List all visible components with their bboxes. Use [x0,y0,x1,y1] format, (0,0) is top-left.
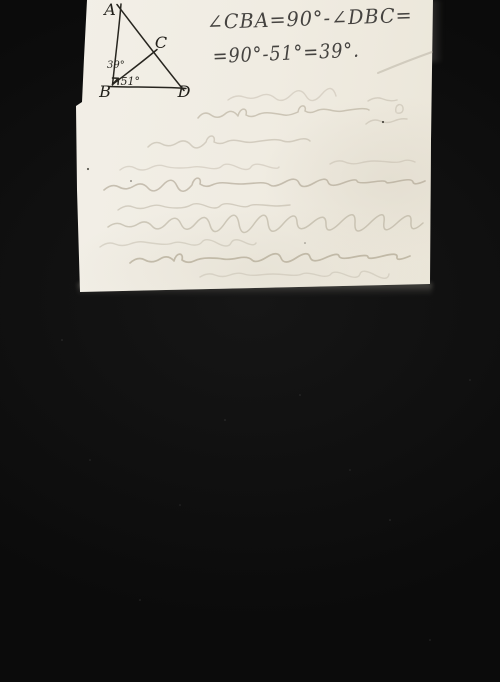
background-specks [61,339,471,641]
dust-speck [87,168,89,170]
bleedthrough-line [198,106,369,118]
bleedthrough-line [396,105,403,114]
triangle-diagram: A B C D 39° 51° [98,0,190,101]
dust-speck [130,180,132,182]
angle-label-cba: 39° [107,60,125,71]
dust-speck [389,519,391,521]
dust-speck [349,469,351,471]
vertex-label-d: D [177,82,191,101]
paper-crease [378,52,432,73]
solution-line-2: =90°-51°=39°. [212,38,360,68]
dust-speck [299,394,301,396]
dust-speck [304,242,306,244]
bleedthrough-line [118,204,290,210]
handwritten-solution: ∠CBA=90°-∠DBC= =90°-51°=39°. [206,3,413,68]
dust-speck [89,459,91,461]
bleedthrough-line [228,88,336,100]
paper-drawing-overlay: A B C D 39° 51° ∠CBA=90°-∠DBC= =90°-51°=… [0,0,500,682]
bleedthrough-line [366,119,407,124]
paper-specks [87,121,384,244]
bleedthrough-handwriting [100,88,425,278]
dust-speck [61,339,63,341]
angle-label-dbc: 51° [121,75,141,88]
bleedthrough-line [100,240,256,247]
bleedthrough-line [120,164,279,170]
dust-speck [179,504,181,506]
vertex-label-a: A [102,0,116,19]
dust-speck [139,599,141,601]
vertex-label-b: B [98,82,111,101]
dust-speck [382,121,384,123]
bleedthrough-line [130,254,410,263]
dust-speck [469,379,471,381]
vertex-label-c: C [155,33,167,52]
bleedthrough-line [200,271,389,278]
dust-speck [429,639,431,641]
bleedthrough-line [108,215,423,233]
bleedthrough-line [104,178,425,191]
solution-line-1: ∠CBA=90°-∠DBC= [206,3,413,34]
bleedthrough-line [368,98,397,101]
photo-scene: A B C D 39° 51° ∠CBA=90°-∠DBC= =90°-51°=… [0,0,500,682]
bleedthrough-line [148,136,310,148]
dust-speck [224,419,226,421]
bleedthrough-line [330,160,415,164]
